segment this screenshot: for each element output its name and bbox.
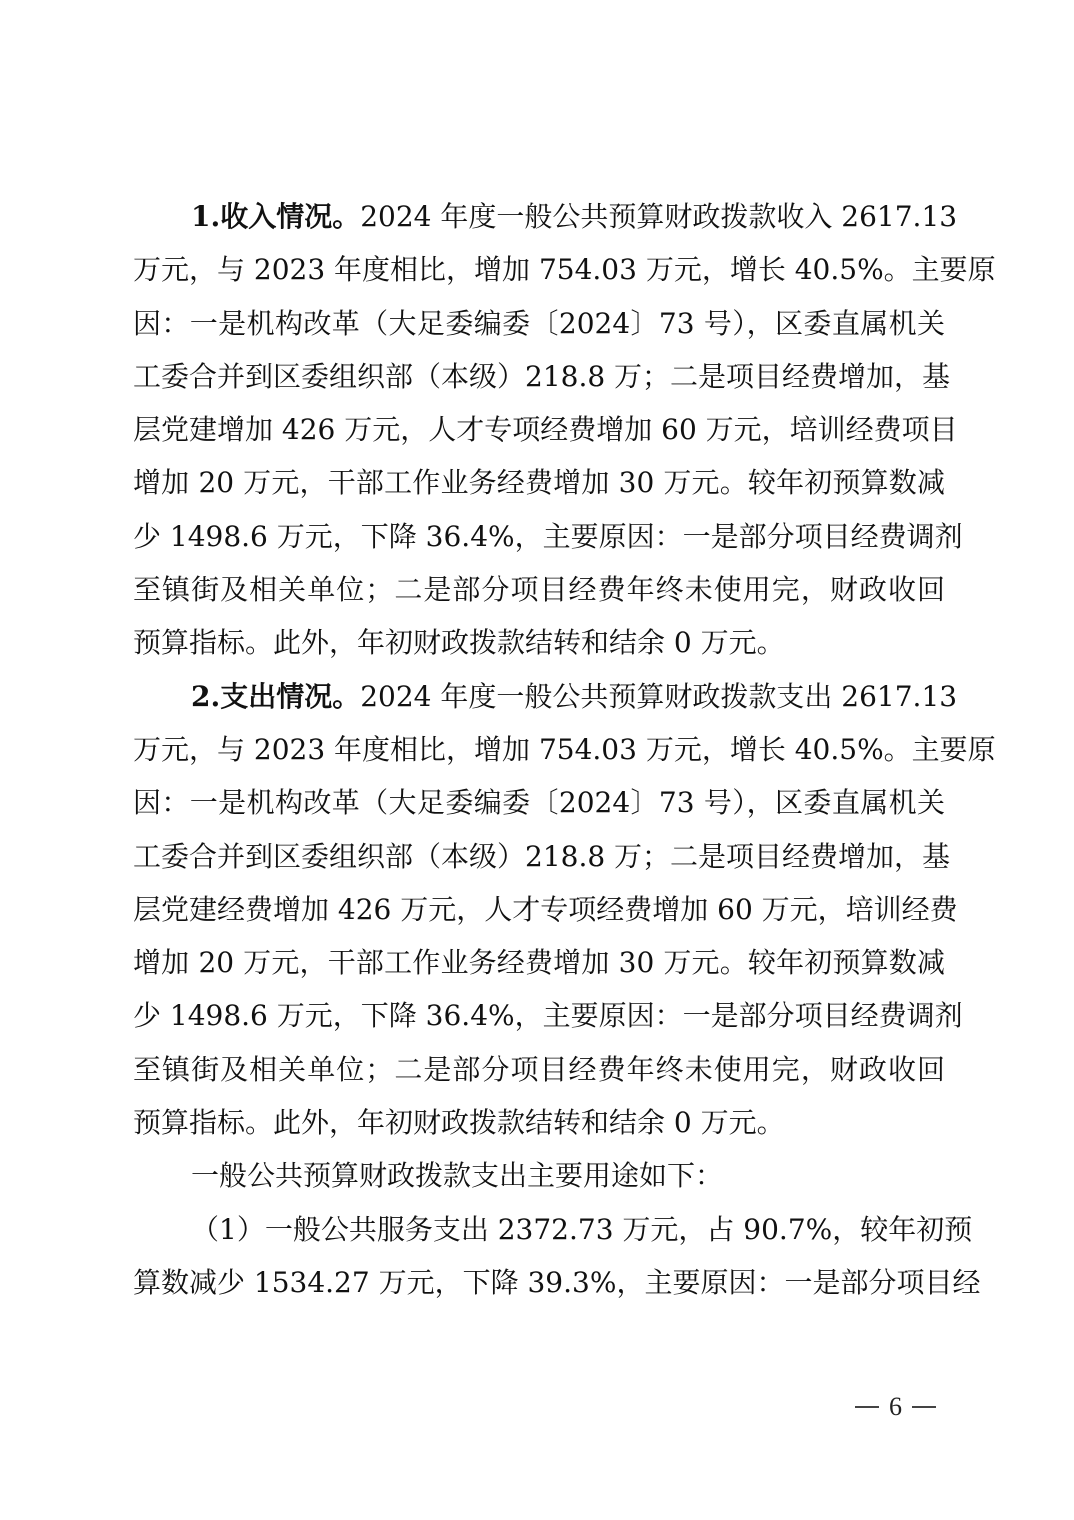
paragraph-line: 万元，与 2023 年度相比，增加 754.03 万元，增长 40.5%。主要原 <box>133 723 945 776</box>
heading-income: 1.收入情况。 <box>191 200 360 233</box>
page-footer: 6 <box>855 1392 936 1422</box>
paragraph-income-line-1: 1.收入情况。2024 年度一般公共预算财政拨款收入 2617.13 <box>133 190 945 243</box>
paragraph-line: 万元，与 2023 年度相比，增加 754.03 万元，增长 40.5%。主要原 <box>133 243 945 296</box>
paragraph-line: 层党建增加 426 万元，人才专项经费增加 60 万元，培训经费项目 <box>133 403 945 456</box>
paragraph-line: 少 1498.6 万元，下降 36.4%，主要原因：一是部分项目经费调剂 <box>133 989 945 1042</box>
document-page: 1.收入情况。2024 年度一般公共预算财政拨款收入 2617.13 万元，与 … <box>133 190 945 1309</box>
page-number: 6 <box>889 1392 902 1422</box>
paragraph-line: 工委合并到区委组织部（本级）218.8 万；二是项目经费增加，基 <box>133 830 945 883</box>
paragraph-line: 层党建经费增加 426 万元，人才专项经费增加 60 万元，培训经费 <box>133 883 945 936</box>
paragraph-line: 增加 20 万元，干部工作业务经费增加 30 万元。较年初预算数减 <box>133 936 945 989</box>
paragraph-line: 因：一是机构改革（大足委编委〔2024〕73 号），区委直属机关 <box>133 297 945 350</box>
dash-left <box>855 1406 879 1408</box>
paragraph-expense-line-1: 2.支出情况。2024 年度一般公共预算财政拨款支出 2617.13 <box>133 670 945 723</box>
paragraph-line: 因：一是机构改革（大足委编委〔2024〕73 号），区委直属机关 <box>133 776 945 829</box>
paragraph-line: 工委合并到区委组织部（本级）218.8 万；二是项目经费增加，基 <box>133 350 945 403</box>
dash-right <box>912 1406 936 1408</box>
paragraph-line: 少 1498.6 万元，下降 36.4%，主要原因：一是部分项目经费调剂 <box>133 510 945 563</box>
paragraph-item-1-line-2: 算数减少 1534.27 万元，下降 39.3%，主要原因：一是部分项目经 <box>133 1256 945 1309</box>
paragraph-line: 至镇街及相关单位；二是部分项目经费年终未使用完，财政收回 <box>133 563 945 616</box>
paragraph-line: 预算指标。此外，年初财政拨款结转和结余 0 万元。 <box>133 1096 945 1149</box>
paragraph-line: 至镇街及相关单位；二是部分项目经费年终未使用完，财政收回 <box>133 1043 945 1096</box>
paragraph-line: 增加 20 万元，干部工作业务经费增加 30 万元。较年初预算数减 <box>133 456 945 509</box>
paragraph-line: 预算指标。此外，年初财政拨款结转和结余 0 万元。 <box>133 616 945 669</box>
paragraph-uses-intro: 一般公共预算财政拨款支出主要用途如下： <box>133 1149 945 1202</box>
paragraph-item-1-line-1: （1）一般公共服务支出 2372.73 万元，占 90.7%，较年初预 <box>133 1203 945 1256</box>
heading-expense: 2.支出情况。 <box>191 680 360 713</box>
